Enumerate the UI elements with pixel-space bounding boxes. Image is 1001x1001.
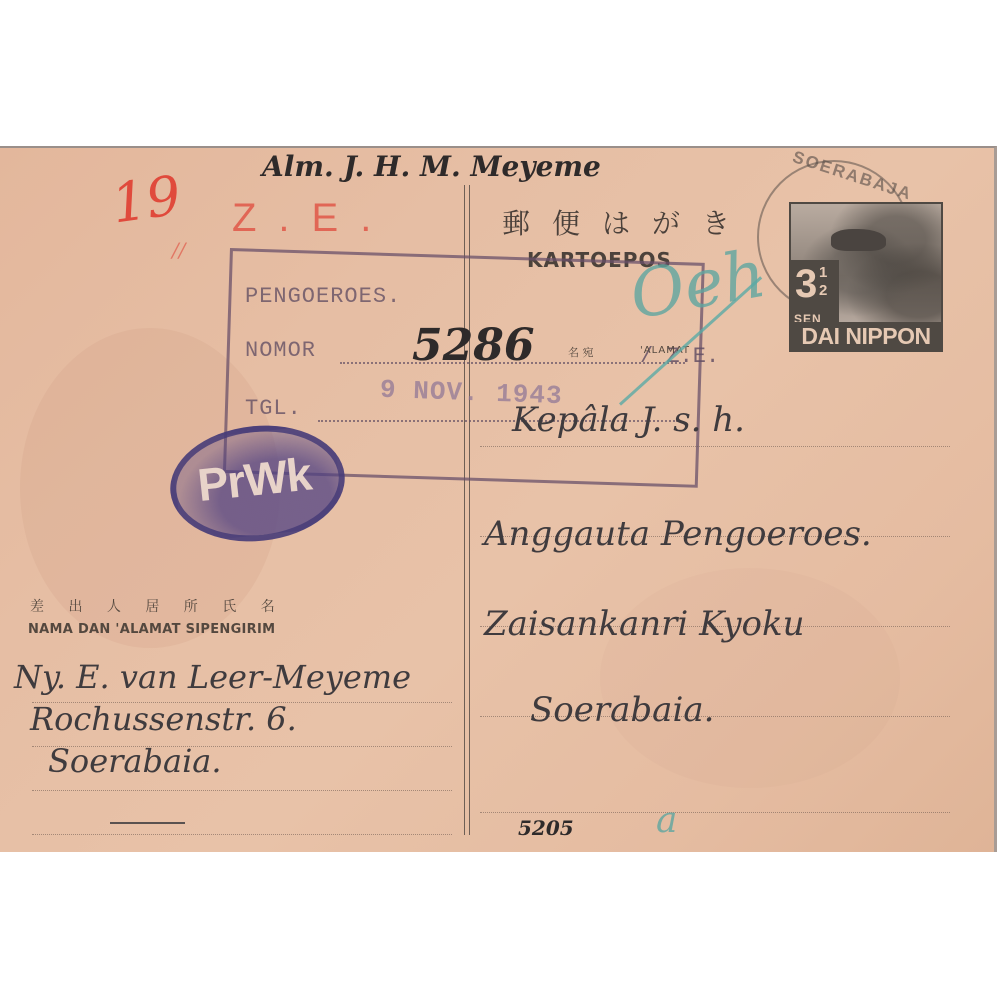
paper-stain bbox=[600, 568, 900, 788]
sender-label-japanese: 差 出 人 居 所 氏 名 bbox=[30, 596, 285, 616]
postcard: Alm. J. H. M. Meyeme 郵便はがき KARTOEPOS SOE… bbox=[0, 146, 997, 852]
sender-line-1: Ny. E. van Leer-Meyeme bbox=[14, 658, 411, 696]
sender-dotted-line bbox=[32, 790, 452, 791]
censor-heading: PENGOEROES. bbox=[245, 284, 401, 309]
recipient-line-1: Kepâla J. s. h. bbox=[512, 400, 745, 440]
recipient-dotted-line bbox=[480, 812, 950, 813]
red-pencil-sub: // bbox=[172, 238, 185, 262]
censor-number: 5286 bbox=[412, 320, 534, 371]
sender-line-2: Rochussenstr. 6. bbox=[30, 700, 297, 738]
recipient-line-2: Anggauta Pengoeroes. bbox=[484, 514, 872, 554]
bottom-number: 5205 bbox=[518, 816, 574, 840]
recipient-label-japanese: 名 宛 bbox=[568, 344, 594, 360]
sender-label-latin: NAMA DAN 'ALAMAT SIPENGIRIM bbox=[28, 622, 275, 637]
sender-dotted-line bbox=[32, 834, 452, 835]
fraction-denominator: 2 bbox=[819, 282, 827, 299]
top-handwritten-note: Alm. J. H. M. Meyeme bbox=[262, 150, 601, 183]
recipient-dotted-line bbox=[480, 446, 950, 447]
teal-pencil-letter: a bbox=[656, 800, 677, 841]
recipient-line-3: Zaisankanri Kyoku bbox=[484, 604, 805, 644]
fraction-numerator: 1 bbox=[819, 264, 827, 281]
red-pencil-ze: Z.E. bbox=[232, 196, 393, 241]
stamp-country: DAI NIPPON bbox=[791, 322, 941, 350]
stamp-value-whole: 3 bbox=[795, 262, 817, 306]
censor-date-label: TGL. bbox=[245, 396, 302, 421]
postage-stamp: 3 1 2 SEN DAI NIPPON bbox=[789, 202, 943, 352]
sender-underline bbox=[110, 822, 185, 824]
sender-line-3: Soerabaia. bbox=[48, 742, 222, 780]
recipient-line-4: Soerabaia. bbox=[530, 690, 714, 730]
water-buffalo-icon bbox=[831, 229, 886, 251]
stamp-value-fraction: 1 2 bbox=[819, 264, 827, 300]
card-title-japanese: 郵便はがき bbox=[502, 202, 752, 242]
red-pencil-number: 19 bbox=[108, 164, 185, 236]
censor-nomor-label: NOMOR bbox=[245, 338, 316, 363]
oval-handstamp-text: PrWk bbox=[195, 447, 314, 513]
